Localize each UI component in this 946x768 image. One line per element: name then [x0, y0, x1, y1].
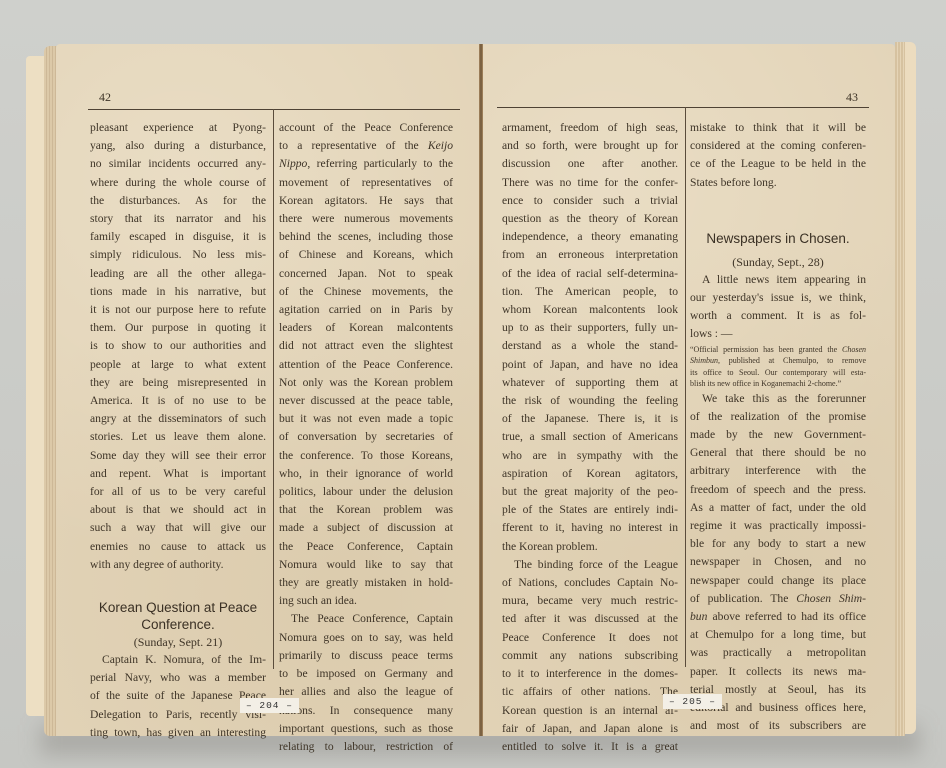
text-line: General that there should be no	[690, 444, 866, 462]
text-line: entitled to solve it. It is a great	[502, 738, 678, 756]
left-col1-text: pleasant experience at Pyong-yang, also …	[90, 119, 266, 574]
text-line: commit any nations subscribing	[502, 647, 678, 665]
text-line: ting town, has given an interesting	[90, 724, 266, 742]
text-line: of the idea of racial self-determina-	[502, 265, 678, 283]
text-line: with any degree of authority.	[90, 556, 266, 574]
text-line: primarily to discuss peace terms	[279, 647, 453, 665]
text-line: made by the new Government-	[690, 426, 866, 444]
text-line: regime it was practically impossi-	[690, 517, 866, 535]
text-line: The binding force of the League	[502, 556, 678, 574]
text-line: fair of Japan, and Japan alone is	[502, 720, 678, 738]
text-line: Nomura goes on to say, was held	[279, 629, 453, 647]
text-line: ted after it was discussed at the	[502, 610, 678, 628]
article-date: (Sunday, Sept., 28)	[690, 253, 866, 271]
text-line: up to as their supporters, fully un-	[502, 319, 678, 337]
right-column-1: armament, freedom of high seas,and so fo…	[502, 119, 678, 756]
text-line: true, a small section of Americans	[502, 428, 678, 446]
text-line: was practically a metropolitan	[690, 644, 866, 662]
text-line: the disturbances. As for the	[90, 192, 266, 210]
text-line: blish its new office in Koganemachi 2-ch…	[690, 378, 866, 390]
text-line: freedom of speech and the press.	[690, 481, 866, 499]
page-stack-right	[895, 42, 905, 736]
right-header-rule	[497, 107, 869, 108]
text-line: whatever of supporting them at	[502, 374, 678, 392]
text-line: no similar incidents occurred any-	[90, 155, 266, 173]
text-line: The Peace Conference, Captain	[279, 610, 453, 628]
text-line: the conference. To those Koreans,	[279, 447, 453, 465]
left-column-2: account of the Peace Conferenceto a repr…	[279, 119, 453, 756]
text-line: of publication. The Chosen Shim-	[690, 590, 866, 608]
text-line: and so forth, were brought up for	[502, 137, 678, 155]
text-line: Shimbun, published at Chemulpo, to remov…	[690, 355, 866, 367]
text-line: As a matter of fact, under the old	[690, 499, 866, 517]
text-line: newspaper in Chosen, and no	[690, 553, 866, 571]
text-line: ence to consider such a trivial	[502, 192, 678, 210]
text-line: the Peace Conference, Captain	[279, 538, 453, 556]
text-line: aspiration of Korean agitators,	[502, 465, 678, 483]
text-line: did not attract even the slightest	[279, 337, 453, 355]
text-line: Peace Conference It does not	[502, 629, 678, 647]
text-line: there were numerous movements	[279, 210, 453, 228]
left-column-divider	[273, 109, 274, 669]
text-line: to it to interference in the domes-	[502, 665, 678, 683]
text-line: ble for any body to start a new	[690, 535, 866, 553]
text-line: mistake to think that it will be	[690, 119, 866, 137]
text-line: We take this as the forerunner	[690, 390, 866, 408]
text-line: at Chemulpo for a long time, but	[690, 626, 866, 644]
text-line: they are greatly mistaken in hold-	[279, 574, 453, 592]
text-line: where during the whole course of	[90, 174, 266, 192]
text-line: arbitrary interference with the	[690, 462, 866, 480]
text-line: perial Navy, who was a member	[90, 669, 266, 687]
text-line: to a representative of the Keijo	[279, 137, 453, 155]
text-line: paper. It collects its news ma-	[690, 663, 866, 681]
text-line: of the realization of the promise	[690, 408, 866, 426]
article-heading-korean-question: Korean Question at Peace	[90, 599, 266, 616]
text-line: fferent to it, having no interest in	[502, 519, 678, 537]
text-line: enemies no cause to attack us	[90, 538, 266, 556]
text-line: Some day they will see their error	[90, 447, 266, 465]
text-line: America. It is of no use to be	[90, 392, 266, 410]
text-line: who, in their ignorance of world	[279, 465, 453, 483]
book-gutter	[479, 44, 483, 736]
right-col2-intro: A little news item appearing inour yeste…	[690, 271, 866, 344]
text-line: who are in sympathy with the	[502, 447, 678, 465]
text-line: of conversation by secretaries of	[279, 428, 453, 446]
text-line: point of Japan, and have no idea	[502, 356, 678, 374]
text-line: whom Korean malcontents look	[502, 301, 678, 319]
text-line: story that its narrator and his	[90, 210, 266, 228]
text-line: people at large to what extent	[90, 356, 266, 374]
text-line: attention of the Peace Conference.	[279, 356, 453, 374]
text-line: the Korean problem.	[502, 538, 678, 556]
text-line: considered at the coming conferen-	[690, 137, 866, 155]
text-line: and repent. What is important	[90, 465, 266, 483]
text-line: behind the scenes, including those	[279, 228, 453, 246]
text-line: relating to labour, restriction of	[279, 738, 453, 756]
text-line: her allies and also the league of	[279, 683, 453, 701]
text-line: of the Japanese. There is, it is	[502, 410, 678, 428]
right-column-2: mistake to think that it will beconsider…	[690, 119, 866, 735]
text-line: ce of the League to be held in the	[690, 155, 866, 173]
left-col1-article-text: Captain K. Nomura, of the Im-perial Navy…	[90, 651, 266, 742]
right-col1-text: armament, freedom of high seas,and so fo…	[502, 119, 678, 756]
left-folio-number: – 204 –	[240, 698, 299, 713]
text-line: the risk of wounding the feeling	[502, 392, 678, 410]
text-line: from an erroneous interpretation	[502, 246, 678, 264]
text-line: its office to Seoul. Our contemporary wi…	[690, 367, 866, 379]
text-line: politics, labour under the delusion	[279, 483, 453, 501]
text-line: important questions, such as those	[279, 720, 453, 738]
text-line: family escaped in disguise, it is	[90, 228, 266, 246]
text-line: it is not our purpose here to refute	[90, 301, 266, 319]
text-line: Not only was the Korean problem	[279, 374, 453, 392]
text-line: agitation carried on in Paris by	[279, 301, 453, 319]
text-line: bun above referred to had its office	[690, 608, 866, 626]
text-line: them. Our purpose in quoting it	[90, 319, 266, 337]
text-line: ple of the States are entirely indi-	[502, 501, 678, 519]
text-line: Captain K. Nomura, of the Im-	[90, 651, 266, 669]
left-header-rule	[88, 109, 460, 110]
text-line: pleasant experience at Pyong-	[90, 119, 266, 137]
text-line: leading are all the other allega-	[90, 265, 266, 283]
text-line: States before long.	[690, 174, 866, 192]
right-col2-body: We take this as the forerunnerof the rea…	[690, 390, 866, 736]
article-date: (Sunday, Sept. 21)	[90, 633, 266, 651]
text-line: about is that we should act in	[90, 501, 266, 519]
text-line: tic affairs of other nations. The	[502, 683, 678, 701]
text-line: yang, also during a disturbance,	[90, 137, 266, 155]
text-line: nations. In consequence many	[279, 702, 453, 720]
text-line: “Official permission has been granted th…	[690, 344, 866, 356]
text-line: is to show to our authorities and	[90, 337, 266, 355]
text-line: derstand as a whole the stand-	[502, 337, 678, 355]
right-col2-quote: “Official permission has been granted th…	[690, 344, 866, 390]
text-line: newspaper could change its place	[690, 572, 866, 590]
text-line: angry at the disseminators of such	[90, 410, 266, 428]
text-line: to be imposed on Germany and	[279, 665, 453, 683]
right-page-number: 43	[846, 90, 858, 105]
text-line: leaders of Korean malcontents	[279, 319, 453, 337]
right-folio-number: – 205 –	[663, 694, 722, 709]
text-line: account of the Peace Conference	[279, 119, 453, 137]
text-line: ing such an idea.	[279, 592, 453, 610]
text-line: A little news item appearing in	[690, 271, 866, 289]
text-line: tions made in his narrative, but	[90, 283, 266, 301]
text-line: Korean agitators. He says that	[279, 192, 453, 210]
text-line: that the Korean problem was	[279, 501, 453, 519]
article-heading-newspapers: Newspapers in Chosen.	[690, 230, 866, 247]
text-line: lows : —	[690, 325, 866, 343]
text-line: never discussed at the peace table,	[279, 392, 453, 410]
text-line: Korean question is an internal af-	[502, 702, 678, 720]
text-line: simply ridiculous. No less mis-	[90, 246, 266, 264]
text-line: our yesterday's issue is, we think,	[690, 289, 866, 307]
left-page-number: 42	[99, 90, 111, 105]
text-line: Nomura would like to say that	[279, 556, 453, 574]
text-line: tion. The American people, to	[502, 283, 678, 301]
right-col2-text: mistake to think that it will beconsider…	[690, 119, 866, 192]
text-line: they are being misrepresented in	[90, 374, 266, 392]
article-heading-korean-question-line2: Conference.	[90, 616, 266, 633]
text-line: question as the theory of Korean	[502, 210, 678, 228]
left-column-1: pleasant experience at Pyong-yang, also …	[90, 119, 266, 742]
text-line: of Nations, concludes Captain No-	[502, 574, 678, 592]
text-line: such a way that will give our	[90, 519, 266, 537]
left-col2-text: account of the Peace Conferenceto a repr…	[279, 119, 453, 756]
text-line: Nippo, referring particularly to the	[279, 155, 453, 173]
text-line: concerned Japan. Not to speak	[279, 265, 453, 283]
text-line: independence, a theory emanating	[502, 228, 678, 246]
right-column-divider	[685, 107, 686, 667]
text-line: of Chinese and Koreans, which	[279, 246, 453, 264]
text-line: and most of its subscribers are	[690, 717, 866, 735]
text-line: There was no time for the confer-	[502, 174, 678, 192]
text-line: for all of us to be very careful	[90, 483, 266, 501]
text-line: stories. Let us leave them alone.	[90, 428, 266, 446]
text-line: but the great majority of the peo-	[502, 483, 678, 501]
text-line: mura, became very much restric-	[502, 592, 678, 610]
text-line: worth a comment. It is as fol-	[690, 307, 866, 325]
text-line: armament, freedom of high seas,	[502, 119, 678, 137]
text-line: of the Chinese movements, the	[279, 283, 453, 301]
text-line: but it was not even made a topic	[279, 410, 453, 428]
text-line: movement of representatives of	[279, 174, 453, 192]
text-line: discussion one after another.	[502, 155, 678, 173]
text-line: made a subject of discussion at	[279, 519, 453, 537]
